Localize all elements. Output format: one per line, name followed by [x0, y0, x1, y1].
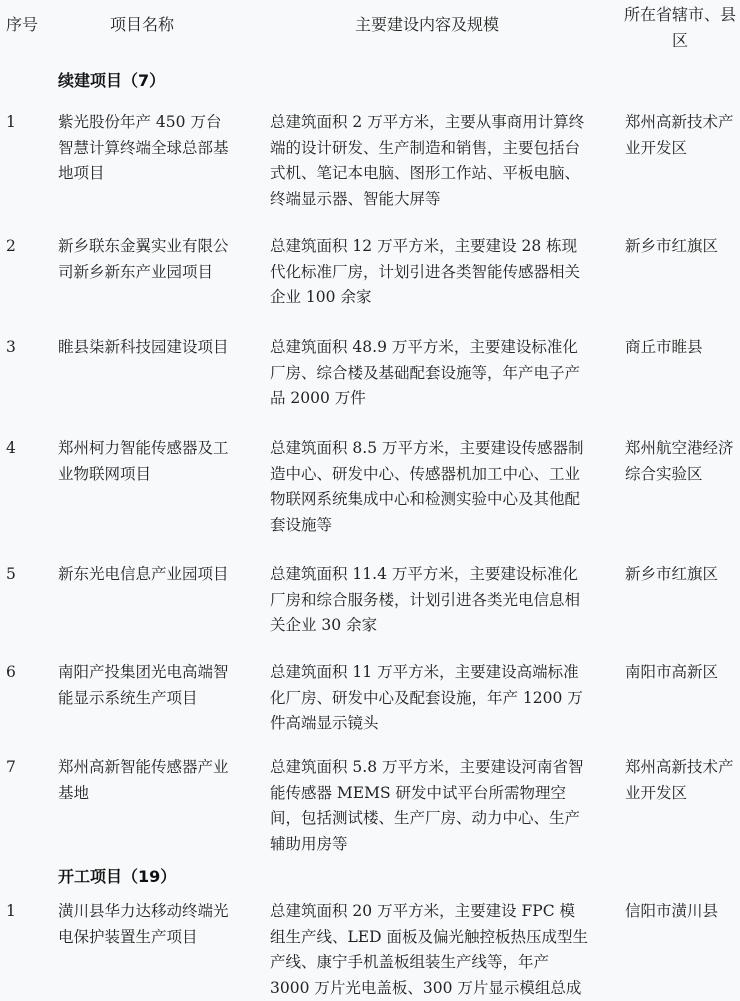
row-name: 潢川县华力达移动终端光电保护装置生产项目 — [58, 899, 233, 950]
row-location: 郑州高新技术产业开发区 — [625, 755, 737, 806]
row-name: 新东光电信息产业园项目 — [58, 562, 233, 588]
row-location: 郑州航空港经济综合实验区 — [625, 436, 737, 487]
table-header: 序号 项目名称 主要建设内容及规模 所在省辖市、县区 — [0, 0, 740, 60]
row-name: 紫光股份年产 450 万台智慧计算终端全球总部基地项目 — [58, 110, 233, 187]
row-no: 1 — [6, 110, 16, 136]
row-name: 郑州高新智能传感器产业基地 — [58, 755, 233, 806]
header-content: 主要建设内容及规模 — [355, 12, 499, 35]
row-location: 南阳市高新区 — [625, 660, 737, 686]
row-content: 总建筑面积 2 万平方米，主要从事商用计算终端的设计研发、生产制造和销售，主要包… — [270, 110, 590, 212]
project-table-page: 序号 项目名称 主要建设内容及规模 所在省辖市、县区 续建项目（7） 1 紫光股… — [0, 0, 740, 1001]
row-no: 1 — [6, 899, 16, 925]
row-name: 南阳产投集团光电高端智能显示系统生产项目 — [58, 660, 233, 711]
row-no: 4 — [6, 436, 16, 462]
row-content: 总建筑面积 11.4 万平方米，主要建设标准化厂房和综合服务楼，计划引进各类光电… — [270, 562, 590, 639]
header-no: 序号 — [6, 12, 38, 35]
row-content: 总建筑面积 5.8 万平方米，主要建设河南省智能传感器 MEMS 研发中试平台所… — [270, 755, 590, 857]
row-location: 郑州高新技术产业开发区 — [625, 110, 737, 161]
header-location: 所在省辖市、县区 — [620, 2, 740, 54]
row-content: 总建筑面积 8.5 万平方米，主要建设传感器制造中心、研发中心、传感器机加工中心… — [270, 436, 590, 538]
row-content: 总建筑面积 20 万平方米，主要建设 FPC 模组生产线、LED 面板及偏光触控… — [270, 899, 590, 1001]
row-content: 总建筑面积 48.9 万平方米，主要建设标准化厂房、综合楼及基础配套设施等，年产… — [270, 335, 590, 412]
row-no: 7 — [6, 755, 16, 781]
section-title-started: 开工项目（19） — [58, 864, 176, 887]
row-name: 郑州柯力智能传感器及工业物联网项目 — [58, 436, 233, 487]
row-location: 新乡市红旗区 — [625, 562, 737, 588]
row-location: 信阳市潢川县 — [625, 899, 737, 925]
section-title-continued: 续建项目（7） — [58, 68, 165, 91]
row-name: 新乡联东金翼实业有限公司新乡新东产业园项目 — [58, 234, 233, 285]
row-name: 睢县柒新科技园建设项目 — [58, 335, 233, 361]
row-no: 6 — [6, 660, 16, 686]
row-no: 2 — [6, 234, 16, 260]
header-name: 项目名称 — [110, 12, 174, 35]
row-content: 总建筑面积 11 万平方米，主要建设高端标准化厂房、研发中心及配套设施，年产 1… — [270, 660, 590, 737]
row-content: 总建筑面积 12 万平方米，主要建设 28 栋现代化标准厂房，计划引进各类智能传… — [270, 234, 590, 311]
row-no: 5 — [6, 562, 16, 588]
row-no: 3 — [6, 335, 16, 361]
row-location: 新乡市红旗区 — [625, 234, 737, 260]
row-location: 商丘市睢县 — [625, 335, 737, 361]
